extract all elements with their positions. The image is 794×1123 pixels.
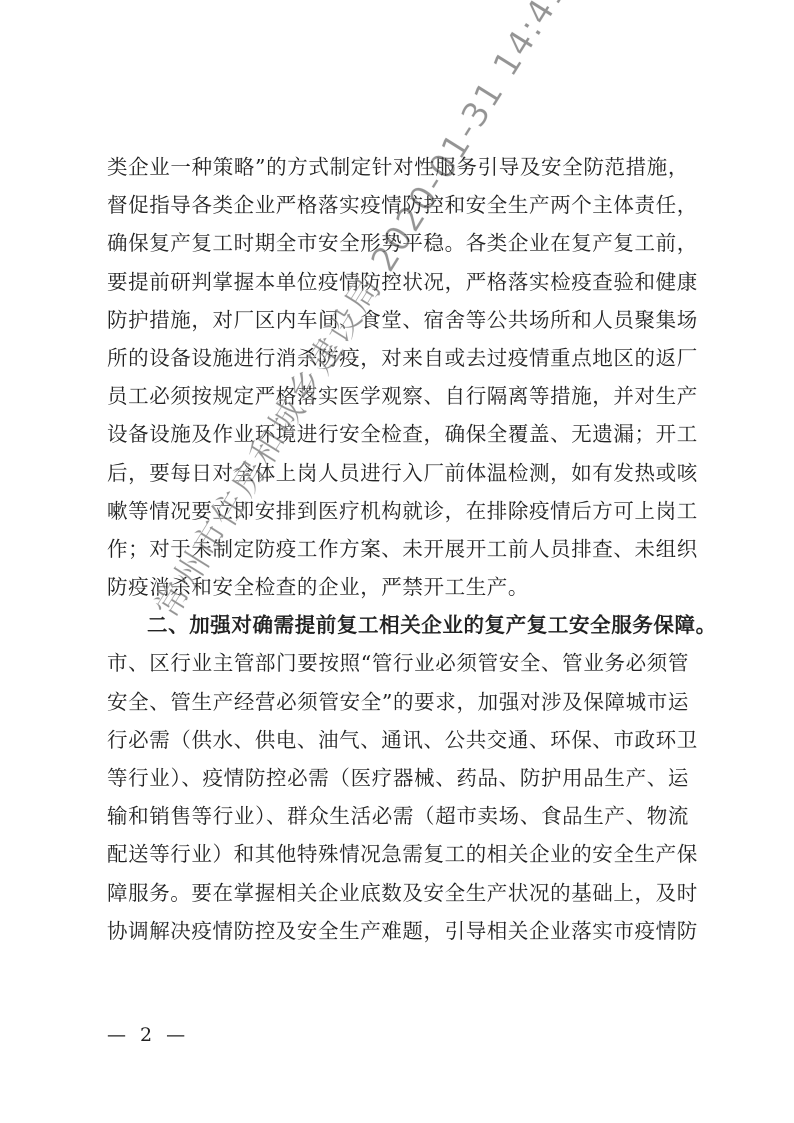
text-line: 员工必须按规定严格落实医学观察、自行隔离等措施，并对生产	[107, 377, 689, 415]
page-number: — 2 —	[107, 1024, 189, 1046]
section-heading: 二、加强对确需提前复工相关企业的复产复工安全服务保障。	[107, 606, 689, 644]
text-line: 配送等行业）和其他特殊情况急需复工的相关企业的安全生产保	[107, 835, 689, 873]
text-line: 防护措施，对厂区内车间、食堂、宿舍等公共场所和人员聚集场	[107, 301, 689, 339]
text-line: 行必需（供水、供电、油气、通讯、公共交通、环保、市政环卫	[107, 721, 689, 759]
text-line: 后，要每日对全体上岗人员进行入厂前体温检测，如有发热或咳	[107, 454, 689, 492]
text-line: 所的设备设施进行消杀防疫，对来自或去过疫情重点地区的返厂	[107, 339, 689, 377]
text-line: 类企业一种策略”的方式制定针对性服务引导及安全防范措施，	[107, 148, 689, 186]
text-line: 安全、管生产经营必须管安全”的要求，加强对涉及保障城市运	[107, 683, 689, 721]
text-line: 等行业）、疫情防控必需（医疗器械、药品、防护用品生产、运	[107, 759, 689, 797]
text-line: 市、区行业主管部门要按照“管行业必须管安全、管业务必须管	[107, 644, 689, 682]
text-line: 障服务。要在掌握相关企业底数及安全生产状况的基础上，及时	[107, 874, 689, 912]
text-line: 设备设施及作业环境进行安全检查，确保全覆盖、无遗漏；开工	[107, 415, 689, 453]
text-line: 输和销售等行业）、群众生活必需（超市卖场、食品生产、物流	[107, 797, 689, 835]
document-page: 类企业一种策略”的方式制定针对性服务引导及安全防范措施， 督促指导各类企业严格落…	[0, 0, 794, 1123]
text-line: 协调解决疫情防控及安全生产难题，引导相关企业落实市疫情防	[107, 912, 689, 950]
